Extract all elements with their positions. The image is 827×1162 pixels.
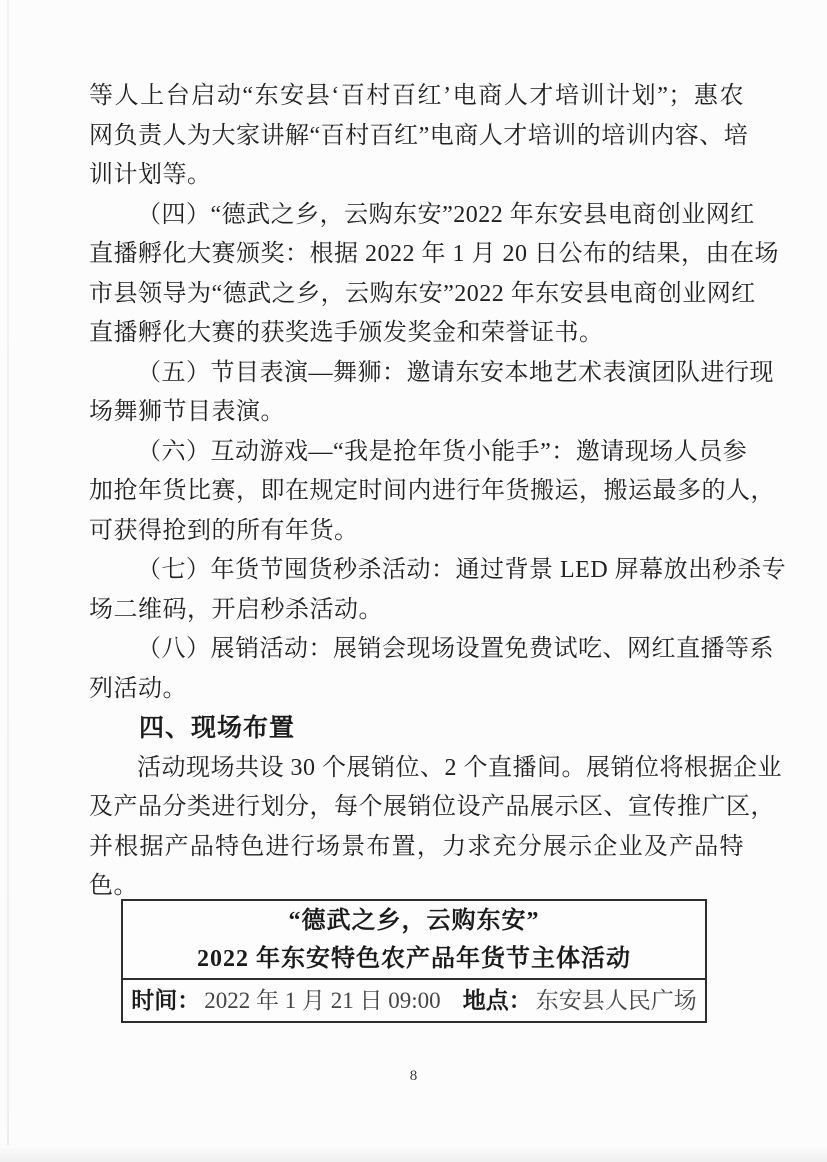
- location-value: 东安县人民广场: [536, 980, 697, 1021]
- section-heading: 四、现场布置: [89, 709, 744, 749]
- text-line: 活动现场共设 30 个展销位、2 个直播间。展销位将根据企业: [89, 749, 744, 789]
- page-edge-shadow: [7, 0, 9, 1145]
- page-number: 8: [0, 1068, 827, 1085]
- location-label: 地点：: [463, 980, 532, 1021]
- time-label: 时间：: [131, 980, 200, 1021]
- text-line: 场二维码，开启秒杀活动。: [89, 591, 744, 631]
- text-line: 并根据产品特色进行场景布置，力求充分展示企业及产品特色。: [89, 828, 744, 907]
- text-line: （六）互动游戏—“我是抢年货小能手”：邀请现场人员参: [89, 433, 744, 473]
- event-table-title-row: “德武之乡，云购东安” 2022 年东安特色农产品年货节主体活动: [123, 901, 705, 980]
- text-line: 及产品分类进行划分，每个展销位设产品展示区、宣传推广区，: [89, 788, 744, 828]
- text-line: （五）节目表演—舞狮：邀请东安本地艺术表演团队进行现: [89, 354, 744, 394]
- text-line: 网负责人为大家讲解“百村百红”电商人才培训的培训内容、培: [89, 117, 744, 157]
- text-line: 市县领导为“德武之乡，云购东安”2022 年东安县电商创业网红: [89, 275, 744, 315]
- time-value: 2022 年 1 月 21 日 09:00: [204, 980, 440, 1021]
- text-line: 直播孵化大赛颁奖：根据 2022 年 1 月 20 日公布的结果，由在场: [89, 235, 744, 275]
- event-title-line2: 2022 年东安特色农产品年货节主体活动: [197, 940, 631, 978]
- event-schedule-table: “德武之乡，云购东安” 2022 年东安特色农产品年货节主体活动 时间： 202…: [121, 899, 707, 1023]
- event-title-line1: “德武之乡，云购东安”: [289, 902, 540, 940]
- text-line: 等人上台启动“东安县‘百村百红’电商人才培训计划”；惠农: [89, 77, 744, 117]
- event-table-detail-row: 时间： 2022 年 1 月 21 日 09:00 地点： 东安县人民广场: [123, 980, 705, 1021]
- text-line: （八）展销活动：展销会现场设置免费试吃、网红直播等系: [89, 630, 744, 670]
- text-line: 加抢年货比赛，即在规定时间内进行年货搬运，搬运最多的人，: [89, 472, 744, 512]
- document-page: 等人上台启动“东安县‘百村百红’电商人才培训计划”；惠农网负责人为大家讲解“百村…: [0, 0, 827, 1162]
- text-line: （七）年货节囤货秒杀活动：通过背景 LED 屏幕放出秒杀专: [89, 551, 744, 591]
- text-line: 列活动。: [89, 670, 744, 710]
- text-line: 训计划等。: [89, 156, 744, 196]
- page-bottom-shadow: [0, 1146, 827, 1162]
- text-line: 直播孵化大赛的获奖选手颁发奖金和荣誉证书。: [89, 314, 744, 354]
- document-body: 等人上台启动“东安县‘百村百红’电商人才培训计划”；惠农网负责人为大家讲解“百村…: [89, 77, 744, 946]
- text-line: 可获得抢到的所有年货。: [89, 512, 744, 552]
- text-line: 场舞狮节目表演。: [89, 393, 744, 433]
- text-line: （四）“德武之乡，云购东安”2022 年东安县电商创业网红: [89, 196, 744, 236]
